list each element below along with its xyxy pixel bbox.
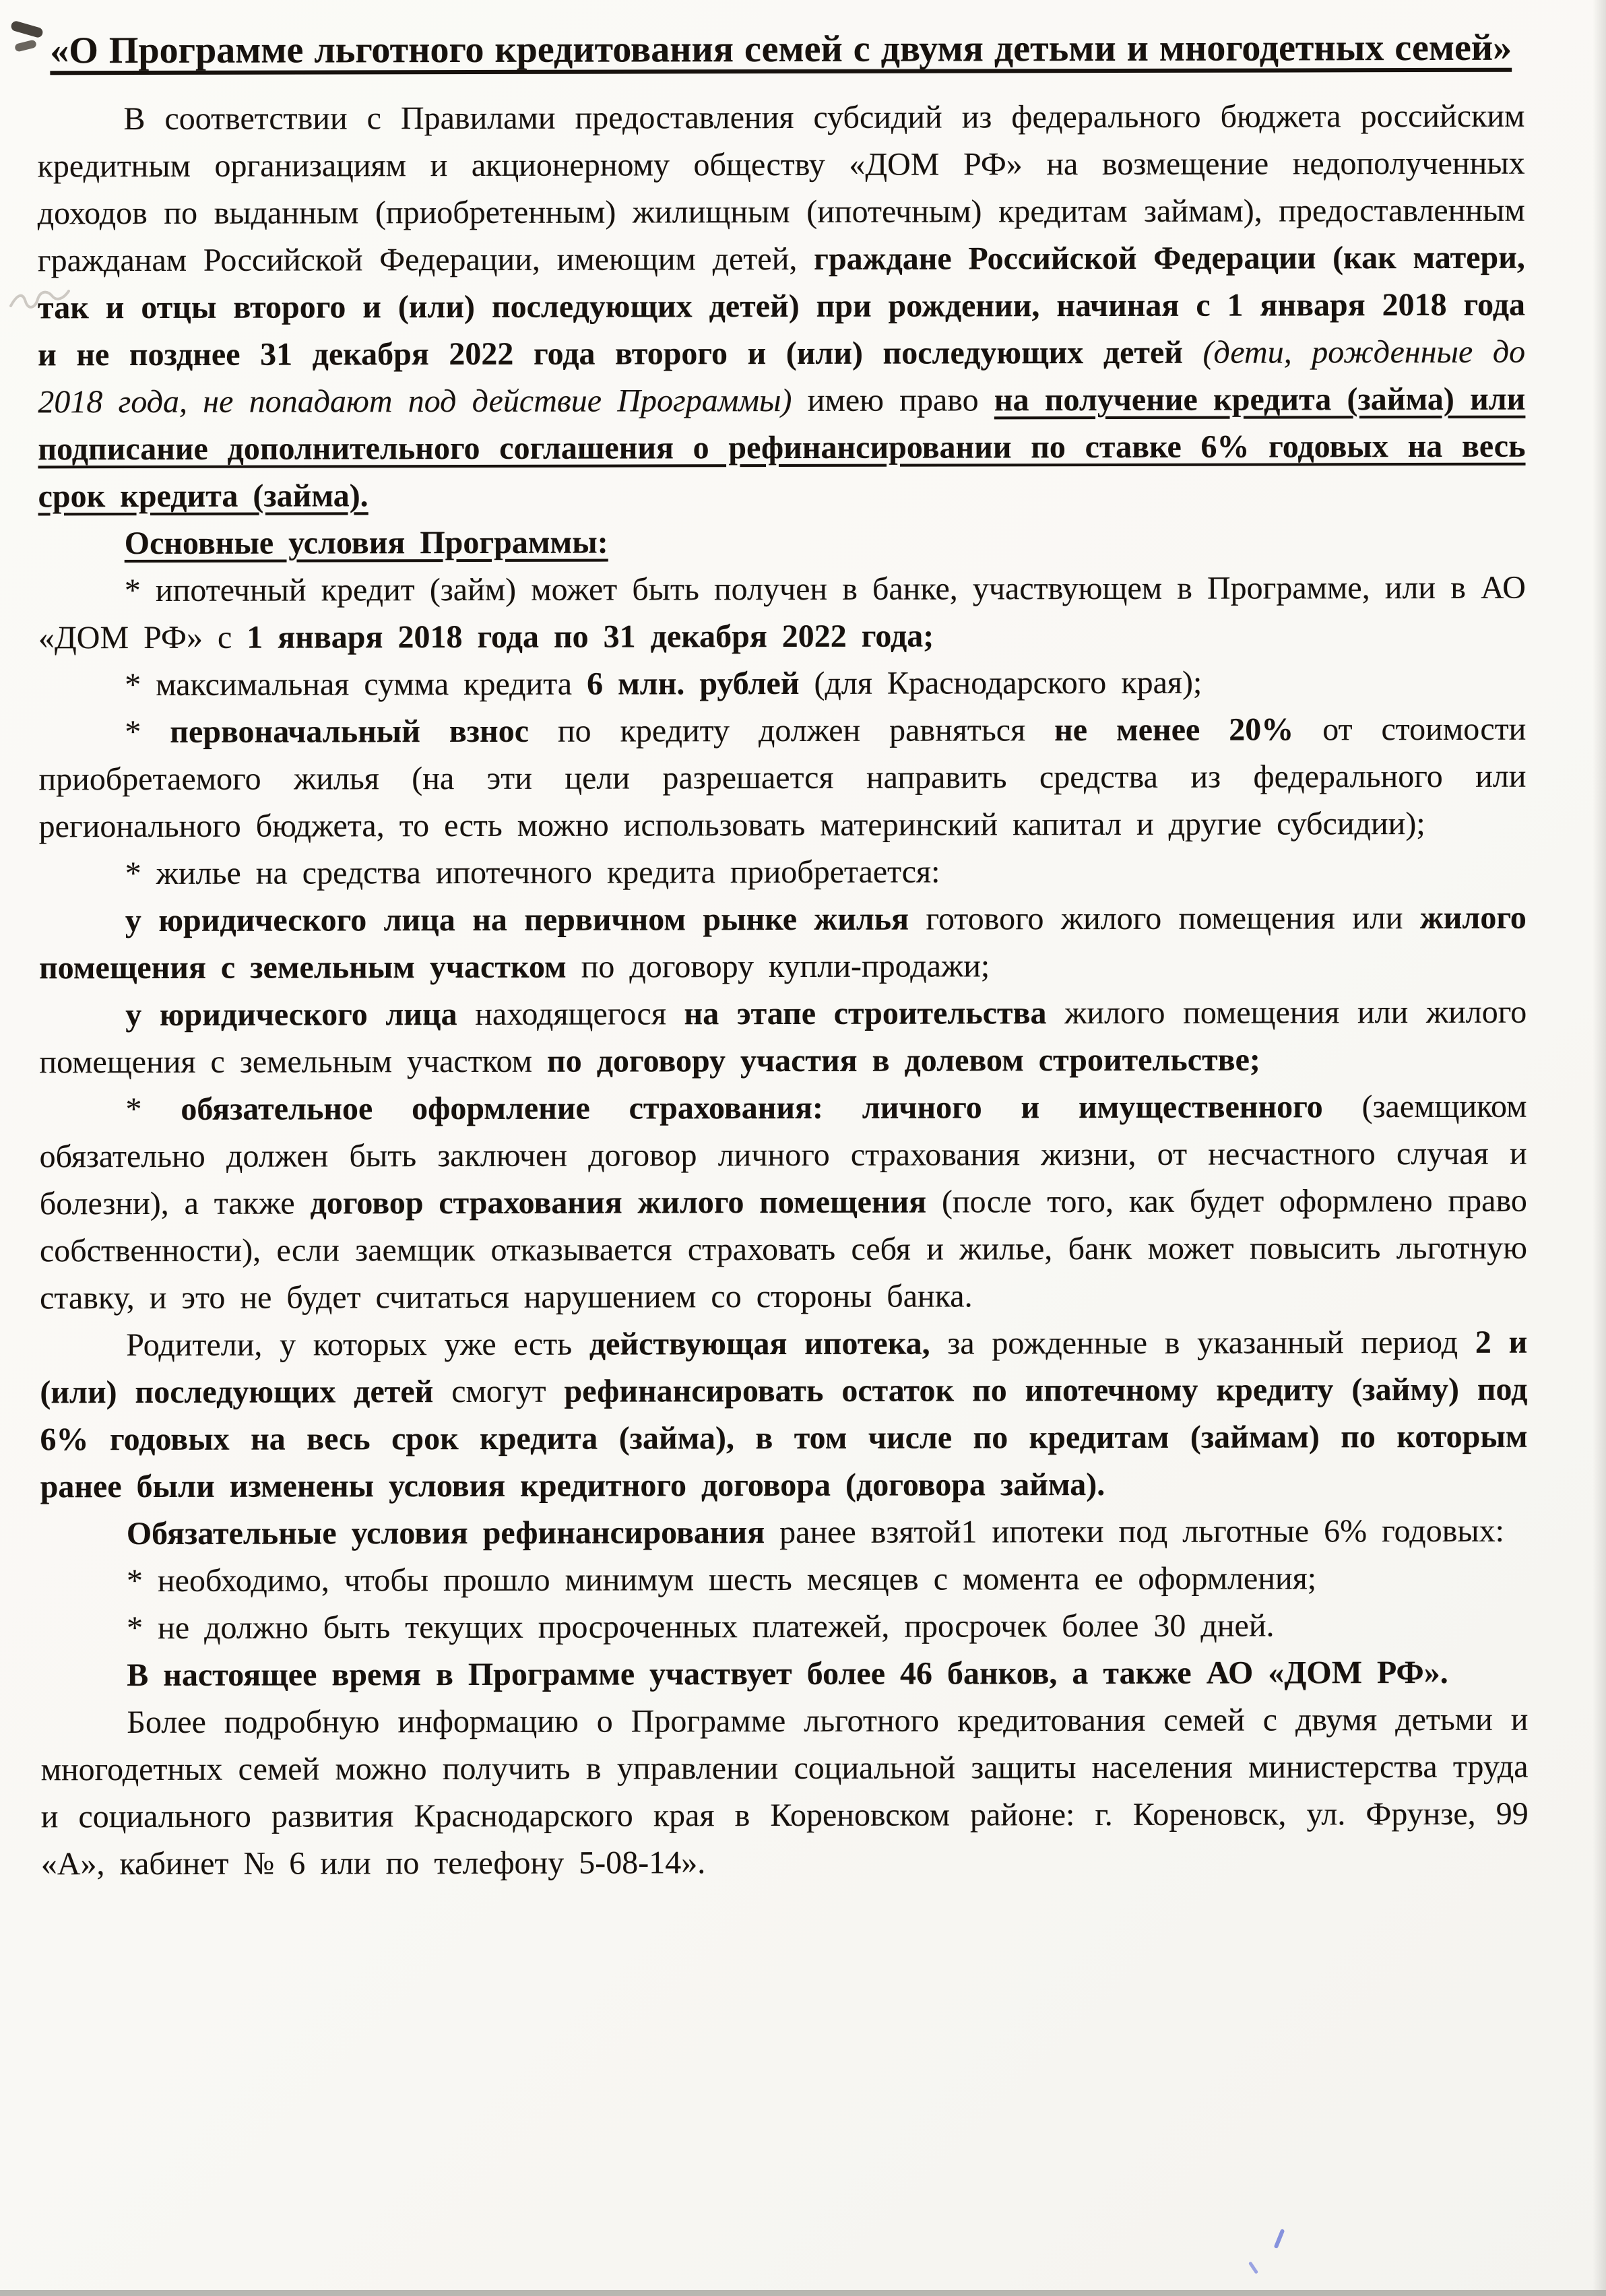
text-run: * жилье на средства ипотечного кредита п… <box>125 854 940 892</box>
scan-smudge-top-left-2 <box>14 39 37 52</box>
paragraph-bullet-max-sum: * максимальная сумма кредита 6 млн. рубл… <box>38 659 1526 709</box>
paragraph-housing-under-construction: у юридического лица находящегося на этап… <box>39 989 1527 1087</box>
paragraph-refinance: Родители, у которых уже есть действующая… <box>40 1319 1528 1511</box>
text-run: по кредиту должен равняться <box>529 712 1054 749</box>
text-run: Обязательные условия рефинансирования <box>127 1514 765 1552</box>
document-page: «О Программе льготного кредитования семе… <box>0 0 1606 2296</box>
text-run: 1 января 2018 года по 31 декабря 2022 го… <box>247 618 934 656</box>
paragraph-banks-count: В настоящее время в Программе участвует … <box>40 1649 1528 1700</box>
text-run: имею право <box>792 382 994 418</box>
scan-edge-shadow-right <box>1593 0 1606 2296</box>
paragraph-cond-six-months: * необходимо, чтобы прошло минимум шесть… <box>40 1555 1528 1605</box>
text-run: * не должно быть текущих просроченных пл… <box>127 1607 1274 1646</box>
text-run: находящегося <box>457 996 684 1032</box>
document-title-text: «О Программе льготного кредитования семе… <box>50 27 1512 72</box>
document-text: «О Программе льготного кредитования семе… <box>37 13 1529 1888</box>
text-run: по договору купли-продажи; <box>567 948 990 984</box>
paragraph-intro: В соответствии с Правилами предоставлени… <box>37 93 1525 521</box>
scan-blue-pen-mark-1 <box>1274 2229 1285 2249</box>
paragraph-contact-info: Более подробную информацию о Программе л… <box>40 1696 1529 1888</box>
scan-blue-pen-mark-2 <box>1248 2261 1258 2274</box>
paragraph-bullet-housing: * жилье на средства ипотечного кредита п… <box>39 848 1527 898</box>
text-run: * <box>125 714 170 750</box>
text-run: (для Краснодарского края); <box>799 665 1202 701</box>
text-run: смогут <box>433 1374 564 1409</box>
text-run: действующая ипотека, <box>589 1326 930 1362</box>
text-run: В настоящее время в Программе участвует … <box>127 1655 1448 1693</box>
document-title: «О Программе льготного кредитования семе… <box>37 13 1524 86</box>
paragraph-housing-primary-market: у юридического лица на первичном рынке ж… <box>39 895 1527 992</box>
paragraph-refinance-conditions: Обязательные условия рефинансирования ра… <box>40 1508 1528 1558</box>
text-run: за рожденные в указанный период <box>930 1325 1475 1362</box>
text-run: на этапе строительства <box>684 995 1046 1031</box>
scan-edge-shadow-bottom <box>0 2290 1606 2296</box>
text-run: готового жилого помещения или <box>909 900 1420 937</box>
text-run: обязательное оформление страхования: лич… <box>181 1089 1323 1127</box>
paragraph-cond-no-overdue: * не должно быть текущих просроченных пл… <box>40 1602 1528 1653</box>
text-run: 6 млн. рублей <box>587 666 800 702</box>
text-run: у юридического лица на первичном рынке ж… <box>125 901 909 938</box>
paragraph-bullet-credit: * ипотечный кредит (займ) может быть пол… <box>38 565 1526 662</box>
text-run: * максимальная сумма кредита <box>125 666 587 703</box>
text-run: ранее взятой1 ипотеки под льготные 6% го… <box>765 1513 1504 1550</box>
text-run: договор страхования жилого помещения <box>310 1184 926 1221</box>
text-run: не менее 20% <box>1054 711 1293 748</box>
text-run: по договору участия в долевом строительс… <box>547 1042 1260 1079</box>
text-run: Основные условия Программы: <box>125 525 608 562</box>
text-run: у юридического лица <box>125 996 457 1033</box>
paragraph-bullet-insurance: * обязательное оформление страхования: л… <box>39 1083 1527 1322</box>
text-run: первоначальный взнос <box>170 713 529 750</box>
text-run: Более подробную информацию о Программе л… <box>40 1702 1528 1882</box>
paragraph-bullet-downpayment: * первоначальный взнос по кредиту должен… <box>38 706 1526 851</box>
text-run: * <box>125 1091 181 1127</box>
paragraph-conditions-heading: Основные условия Программы: <box>38 517 1526 568</box>
text-run: Родители, у которых уже есть <box>126 1327 589 1363</box>
text-run: * необходимо, чтобы прошло минимум шесть… <box>127 1560 1316 1599</box>
